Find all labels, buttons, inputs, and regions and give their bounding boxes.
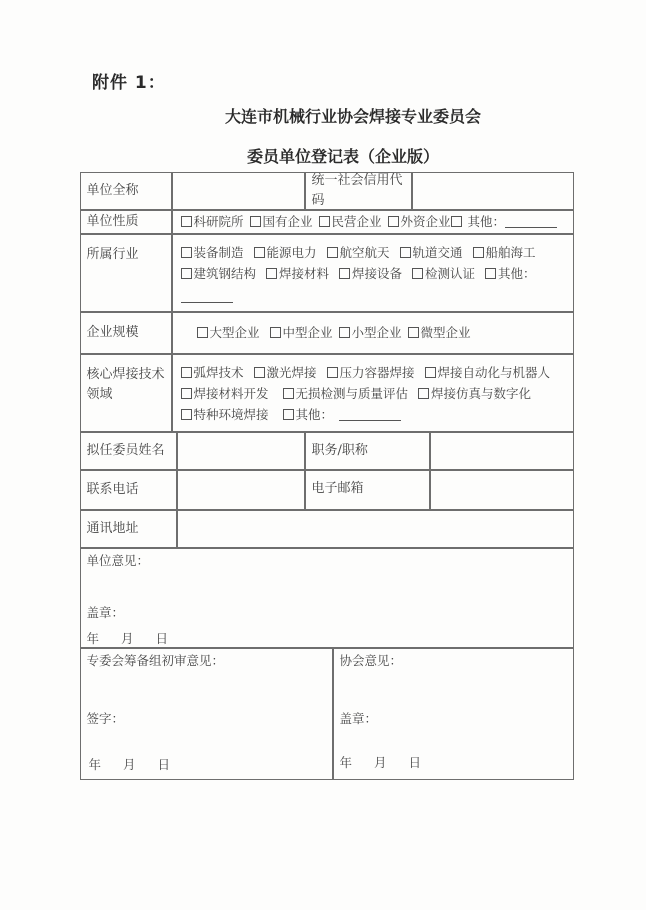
nominee-name-field[interactable] [177, 432, 305, 470]
option-label: 大型企业 [210, 325, 260, 340]
position-title-label-text: 职务/职称 [312, 441, 368, 461]
industry-option[interactable]: 船舶海工 [473, 245, 536, 260]
checkbox-icon[interactable] [400, 247, 411, 258]
credit-code-label-text: 统一社会信用代码 [312, 171, 405, 211]
attachment-label: 附件 1： [92, 68, 166, 93]
date-month: 月 [123, 755, 136, 775]
date-year: 年 [340, 753, 353, 773]
industry-option[interactable]: 焊接设备 [339, 266, 402, 281]
position-title-field[interactable] [430, 432, 574, 470]
option-label: 无损检测与质量评估 [296, 386, 409, 401]
scale-option[interactable]: 中型企业 [270, 322, 333, 343]
industry-other-input[interactable] [181, 288, 233, 303]
option-label: 建筑钢结构 [194, 266, 257, 281]
checkbox-icon[interactable] [339, 327, 350, 338]
option-label: 检测认证 [425, 266, 475, 281]
checkbox-icon[interactable] [181, 409, 192, 420]
option-label: 轨道交通 [413, 245, 463, 260]
option-label: 焊接材料 [279, 266, 329, 281]
date-day: 日 [158, 755, 171, 775]
unit-nature-option[interactable]: 民营企业 [319, 211, 382, 232]
email-label: 电子邮箱 [305, 470, 430, 510]
core-tech-label: 核心焊接技术 领域 [80, 354, 172, 432]
industry-option-other[interactable]: 其他： [485, 266, 536, 281]
unit-opinion-section[interactable]: 单位意见： 盖章： 年月日 [80, 548, 574, 648]
checkbox-icon[interactable] [181, 367, 192, 378]
core-tech-option-other[interactable]: 其他： [283, 407, 402, 422]
industry-option[interactable]: 焊接材料 [266, 266, 329, 281]
unit-name-field[interactable] [172, 172, 305, 210]
checkbox-icon[interactable] [388, 216, 399, 227]
core-tech-option[interactable]: 焊接仿真与数字化 [418, 386, 531, 401]
checkbox-icon[interactable] [181, 216, 192, 227]
unit-nature-option[interactable]: 科研院所 [181, 211, 244, 232]
nominee-name-label-text: 拟任委员姓名 [87, 441, 165, 461]
option-label: 焊接设备 [352, 266, 402, 281]
checkbox-icon[interactable] [181, 268, 192, 279]
industry-label: 所属行业 [80, 234, 172, 312]
core-tech-option[interactable]: 无损检测与质量评估 [283, 386, 409, 401]
industry-options: 装备制造 能源电力 航空航天 轨道交通 船舶海工 建筑钢结构 焊接材料 焊接设备… [172, 234, 574, 312]
credit-code-label: 统一社会信用代码 [305, 172, 412, 210]
checkbox-icon[interactable] [418, 388, 429, 399]
unit-name-label-text: 单位全称 [87, 181, 139, 201]
option-label: 激光焊接 [267, 365, 317, 380]
industry-option[interactable]: 轨道交通 [400, 245, 463, 260]
option-label: 焊接自动化与机器人 [438, 365, 551, 380]
committee-review-label: 专委会筹备组初审意见： [87, 651, 225, 671]
option-label: 外资企业 [401, 214, 451, 229]
date-day: 日 [156, 629, 169, 649]
scale-label-text: 企业规模 [87, 323, 139, 343]
core-tech-option[interactable]: 特种环境焊接 [181, 407, 269, 422]
unit-nature-options: 科研院所 国有企业 民营企业 外资企业 其他： [172, 210, 574, 234]
email-label-text: 电子邮箱 [312, 481, 364, 496]
unit-nature-label-text: 单位性质 [87, 212, 139, 232]
core-tech-option[interactable]: 焊接自动化与机器人 [425, 365, 551, 380]
unit-opinion-label: 单位意见： [87, 551, 150, 571]
registration-table: 单位全称 统一社会信用代码 单位性质 科研院所 国有企业 民营企业 外资企业 其… [80, 172, 574, 780]
form-subtitle: 委员单位登记表（企业版） [0, 144, 646, 167]
option-label: 其他： [468, 214, 506, 229]
checkbox-icon[interactable] [425, 367, 436, 378]
core-tech-option[interactable]: 弧焊技术 [181, 365, 244, 380]
checkbox-icon[interactable] [412, 268, 423, 279]
address-label: 通讯地址 [80, 510, 177, 548]
association-opinion-label: 协会意见： [340, 651, 403, 671]
scale-option[interactable]: 小型企业 [339, 322, 402, 343]
checkbox-icon[interactable] [339, 268, 350, 279]
unit-nature-option-other[interactable]: 其他： [451, 211, 558, 232]
option-label: 弧焊技术 [194, 365, 244, 380]
industry-option[interactable]: 建筑钢结构 [181, 266, 257, 281]
association-opinion-seal-label: 盖章： [340, 709, 378, 729]
option-label: 其他： [498, 266, 536, 281]
checkbox-icon[interactable] [197, 327, 208, 338]
scale-options: 大型企业 中型企业 小型企业 微型企业 [172, 312, 574, 354]
option-label: 装备制造 [194, 245, 244, 260]
committee-review-date: 年月日 [89, 755, 193, 775]
association-opinion-section[interactable]: 协会意见： 盖章： 年月日 [333, 648, 574, 780]
phone-label: 联系电话 [80, 470, 177, 510]
committee-review-sign-label: 签字： [87, 709, 125, 729]
core-tech-options: 弧焊技术 激光焊接 压力容器焊接 焊接自动化与机器人 焊接材料开发 无损检测与质… [172, 354, 574, 432]
checkbox-icon[interactable] [327, 367, 338, 378]
date-year: 年 [87, 629, 100, 649]
checkbox-icon[interactable] [181, 388, 192, 399]
option-label: 民营企业 [332, 214, 382, 229]
option-label: 科研院所 [194, 214, 244, 229]
date-day: 日 [409, 753, 422, 773]
date-year: 年 [89, 755, 102, 775]
industry-label-text: 所属行业 [87, 247, 139, 262]
option-label: 航空航天 [340, 245, 390, 260]
option-label: 特种环境焊接 [194, 407, 269, 422]
unit-opinion-seal-label: 盖章： [87, 603, 125, 623]
unit-nature-option[interactable]: 外资企业 [388, 211, 451, 232]
date-month: 月 [374, 753, 387, 773]
core-tech-label-line2: 领域 [87, 385, 165, 405]
core-tech-option[interactable]: 焊接材料开发 [181, 386, 269, 401]
option-label: 微型企业 [421, 325, 471, 340]
nominee-name-label: 拟任委员姓名 [80, 432, 177, 470]
checkbox-icon[interactable] [283, 409, 294, 420]
checkbox-icon[interactable] [485, 268, 496, 279]
scale-label: 企业规模 [80, 312, 172, 354]
checkbox-icon[interactable] [408, 327, 419, 338]
option-label: 能源电力 [267, 245, 317, 260]
option-label: 焊接材料开发 [194, 386, 269, 401]
checkbox-icon[interactable] [319, 216, 330, 227]
checkbox-icon[interactable] [473, 247, 484, 258]
phone-field[interactable] [177, 470, 305, 510]
industry-option[interactable]: 装备制造 [181, 245, 244, 260]
option-label: 压力容器焊接 [340, 365, 415, 380]
checkbox-icon[interactable] [181, 247, 192, 258]
industry-option[interactable]: 能源电力 [254, 245, 317, 260]
core-tech-option[interactable]: 激光焊接 [254, 365, 317, 380]
phone-label-text: 联系电话 [87, 480, 139, 500]
option-label: 其他： [296, 407, 334, 422]
association-opinion-date: 年月日 [340, 753, 444, 773]
option-label: 船舶海工 [486, 245, 536, 260]
checkbox-icon[interactable] [283, 388, 294, 399]
checkbox-icon[interactable] [254, 367, 265, 378]
email-field[interactable] [430, 470, 574, 510]
unit-nature-other-input[interactable] [505, 213, 557, 228]
checkbox-icon[interactable] [327, 247, 338, 258]
core-tech-option[interactable]: 压力容器焊接 [327, 365, 415, 380]
address-field[interactable] [177, 510, 574, 548]
checkbox-icon[interactable] [270, 327, 281, 338]
option-label: 焊接仿真与数字化 [431, 386, 531, 401]
committee-review-section[interactable]: 专委会筹备组初审意见： 签字： 年月日 [80, 648, 333, 780]
industry-option[interactable]: 检测认证 [412, 266, 475, 281]
core-tech-label-line1: 核心焊接技术 [87, 365, 165, 385]
option-label: 国有企业 [263, 214, 313, 229]
unit-nature-option[interactable]: 国有企业 [250, 211, 313, 232]
unit-name-label: 单位全称 [80, 172, 172, 210]
option-label: 中型企业 [283, 325, 333, 340]
option-label: 小型企业 [352, 325, 402, 340]
position-title-label: 职务/职称 [305, 432, 430, 470]
checkbox-icon[interactable] [451, 216, 462, 227]
unit-nature-label: 单位性质 [80, 210, 172, 234]
checkbox-icon[interactable] [250, 216, 261, 227]
checkbox-icon[interactable] [266, 268, 277, 279]
address-label-text: 通讯地址 [87, 519, 139, 539]
unit-opinion-date: 年月日 [87, 629, 191, 649]
credit-code-field[interactable] [412, 172, 574, 210]
date-month: 月 [121, 629, 134, 649]
scale-option[interactable]: 微型企业 [408, 322, 471, 343]
form-title: 大连市机械行业协会焊接专业委员会 [0, 104, 646, 127]
checkbox-icon[interactable] [254, 247, 265, 258]
industry-option[interactable]: 航空航天 [327, 245, 390, 260]
scale-option[interactable]: 大型企业 [197, 322, 260, 343]
core-tech-other-input[interactable] [339, 406, 401, 421]
